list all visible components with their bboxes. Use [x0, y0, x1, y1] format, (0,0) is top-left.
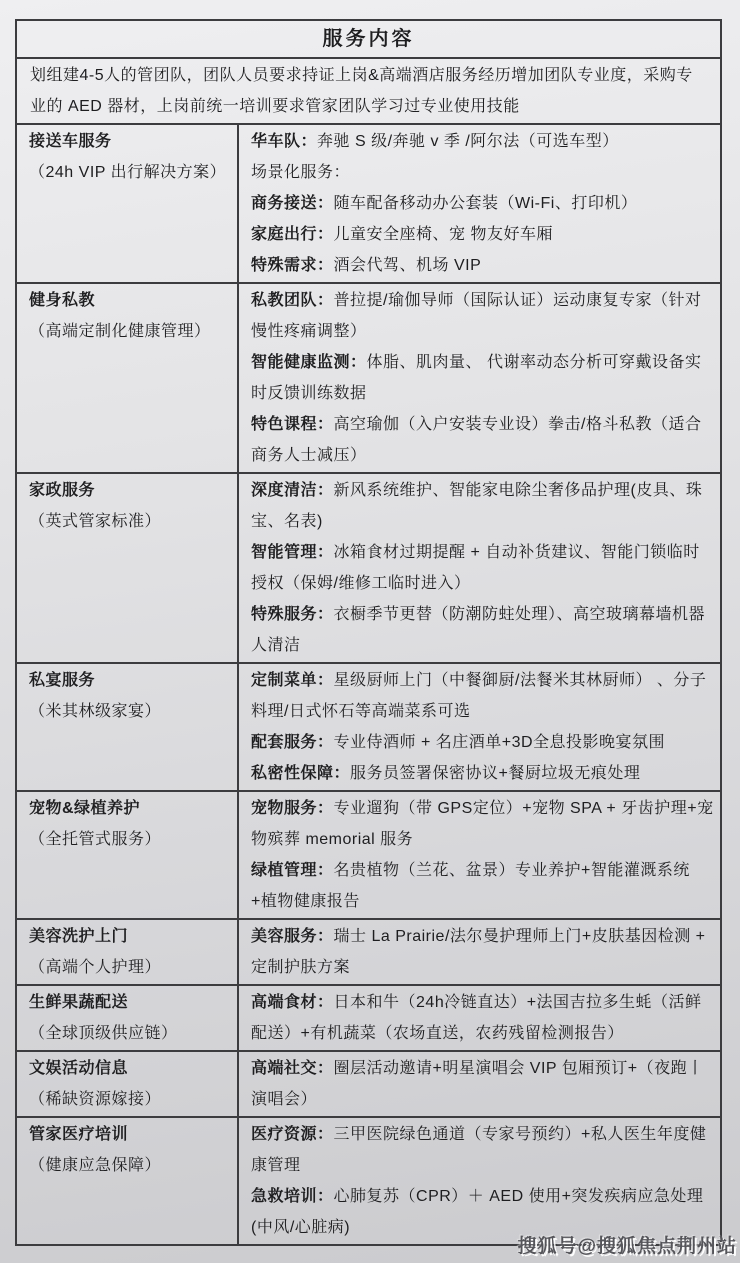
- detail-line: 绿植管理：名贵植物（兰花、盆景）专业养护+智能灌溉系统+植物健康报告: [251, 855, 714, 917]
- category-subtitle: （米其林级家宴）: [29, 696, 229, 727]
- details-cell: 私教团队：普拉提/瑜伽导师（国际认证）运动康复专家（针对慢性疼痛调整） 智能健康…: [239, 284, 720, 472]
- detail-text: 酒会代驾、机场 VIP: [334, 257, 482, 274]
- details-cell: 高端食材：日本和牛（24h冷链直达）+法国吉拉多生蚝（活鲜配送）+有机蔬菜（农场…: [239, 986, 720, 1050]
- detail-label: 智能管理：: [251, 544, 334, 561]
- category-title: 私宴服务: [29, 665, 229, 696]
- details-cell: 美容服务：瑞士 La Prairie/法尔曼护理师上门+皮肤基因检测 + 定制护…: [239, 920, 720, 984]
- category-cell: 管家医疗培训 （健康应急保障）: [17, 1118, 239, 1244]
- detail-label: 急救培训：: [251, 1188, 334, 1205]
- detail-label: 智能健康监测：: [251, 354, 367, 371]
- details-cell: 定制菜单：星级厨师上门（中餐御厨/法餐米其林厨师） 、分子料理/日式怀石等高端菜…: [239, 664, 720, 790]
- detail-line: 高端食材：日本和牛（24h冷链直达）+法国吉拉多生蚝（活鲜配送）+有机蔬菜（农场…: [251, 987, 714, 1049]
- table-row: 健身私教 （高端定制化健康管理） 私教团队：普拉提/瑜伽导师（国际认证）运动康复…: [17, 284, 720, 474]
- category-cell: 生鲜果蔬配送 （全球顶级供应链）: [17, 986, 239, 1050]
- detail-text: 场景化服务：: [251, 164, 350, 181]
- detail-line: 定制菜单：星级厨师上门（中餐御厨/法餐米其林厨师） 、分子料理/日式怀石等高端菜…: [251, 665, 714, 727]
- detail-label: 高端食材：: [251, 994, 334, 1011]
- category-title: 健身私教: [29, 285, 229, 316]
- detail-label: 私密性保障：: [251, 765, 350, 782]
- category-subtitle: （稀缺资源嫁接）: [29, 1084, 229, 1115]
- category-subtitle: （英式管家标准）: [29, 506, 229, 537]
- category-cell: 家政服务 （英式管家标准）: [17, 474, 239, 662]
- detail-label: 医疗资源：: [251, 1126, 334, 1143]
- detail-text: 专业侍酒师 + 名庄酒单+3D全息投影晚宴氛围: [334, 734, 666, 751]
- detail-text: 服务员签署保密协议+餐厨垃圾无痕处理: [350, 765, 640, 782]
- category-title: 接送车服务: [29, 126, 229, 157]
- detail-label: 家庭出行：: [251, 226, 334, 243]
- category-title: 管家医疗培训: [29, 1119, 229, 1150]
- category-subtitle: （全球顶级供应链）: [29, 1018, 229, 1049]
- detail-line: 智能健康监测：体脂、肌肉量、 代谢率动态分析可穿戴设备实时反馈训练数据: [251, 347, 714, 409]
- detail-label: 商务接送：: [251, 195, 334, 212]
- detail-label: 配套服务：: [251, 734, 334, 751]
- detail-label: 定制菜单：: [251, 672, 334, 689]
- details-cell: 高端社交：圈层活动邀请+明星演唱会 VIP 包厢预订+（夜跑丨演唱会）: [239, 1052, 720, 1116]
- details-cell: 深度清洁：新风系统维护、智能家电除尘奢侈品护理(皮具、珠宝、名表) 智能管理：冰…: [239, 474, 720, 662]
- detail-line: 特色课程：高空瑜伽（入户安装专业设）拳击/格斗私教（适合商务人士减压）: [251, 409, 714, 471]
- detail-label: 绿植管理：: [251, 862, 334, 879]
- detail-line: 智能管理：冰箱食材过期提醒 + 自动补货建议、智能门锁临时授权（保姆/维修工临时…: [251, 537, 714, 599]
- detail-label: 美容服务：: [251, 928, 334, 945]
- detail-text: 儿童安全座椅、宠 物友好车厢: [334, 226, 553, 243]
- category-subtitle: （健康应急保障）: [29, 1150, 229, 1181]
- table-row: 美容洗护上门 （高端个人护理） 美容服务：瑞士 La Prairie/法尔曼护理…: [17, 920, 720, 986]
- detail-text: 随车配备移动办公套装（Wi-Fi、打印机）: [334, 195, 638, 212]
- category-title: 生鲜果蔬配送: [29, 987, 229, 1018]
- detail-label: 深度清洁：: [251, 482, 334, 499]
- detail-label: 宠物服务：: [251, 800, 334, 817]
- category-cell: 美容洗护上门 （高端个人护理）: [17, 920, 239, 984]
- category-subtitle: （高端定制化健康管理）: [29, 316, 229, 347]
- category-cell: 接送车服务 （24h VIP 出行解决方案）: [17, 125, 239, 282]
- detail-line: 私教团队：普拉提/瑜伽导师（国际认证）运动康复专家（针对慢性疼痛调整）: [251, 285, 714, 347]
- category-title: 宠物&绿植养护: [29, 793, 229, 824]
- table-row: 文娱活动信息 （稀缺资源嫁接） 高端社交：圈层活动邀请+明星演唱会 VIP 包厢…: [17, 1052, 720, 1118]
- detail-text: 奔驰 S 级/奔驰 v 季 /阿尔法（可选车型）: [317, 133, 619, 150]
- details-cell: 宠物服务：专业遛狗（带 GPS定位）+宠物 SPA + 牙齿护理+宠物殡葬 me…: [239, 792, 720, 918]
- category-title: 美容洗护上门: [29, 921, 229, 952]
- table-body: 接送车服务 （24h VIP 出行解决方案） 华车队：奔驰 S 级/奔驰 v 季…: [17, 125, 720, 1244]
- category-subtitle: （24h VIP 出行解决方案）: [29, 157, 229, 188]
- details-cell: 医疗资源：三甲医院绿色通道（专家号预约）+私人医生年度健康管理 急救培训：心肺复…: [239, 1118, 720, 1244]
- detail-label: 私教团队：: [251, 292, 334, 309]
- table-row: 宠物&绿植养护 （全托管式服务） 宠物服务：专业遛狗（带 GPS定位）+宠物 S…: [17, 792, 720, 920]
- table-row: 家政服务 （英式管家标准） 深度清洁：新风系统维护、智能家电除尘奢侈品护理(皮具…: [17, 474, 720, 664]
- detail-line: 特殊服务：衣橱季节更替（防潮防蛀处理）、高空玻璃幕墙机器人清洁: [251, 599, 714, 661]
- table-row: 生鲜果蔬配送 （全球顶级供应链） 高端食材：日本和牛（24h冷链直达）+法国吉拉…: [17, 986, 720, 1052]
- detail-line: 配套服务：专业侍酒师 + 名庄酒单+3D全息投影晚宴氛围: [251, 727, 714, 758]
- detail-label: 华车队：: [251, 133, 317, 150]
- table-row: 接送车服务 （24h VIP 出行解决方案） 华车队：奔驰 S 级/奔驰 v 季…: [17, 125, 720, 284]
- category-cell: 健身私教 （高端定制化健康管理）: [17, 284, 239, 472]
- detail-line: 家庭出行：儿童安全座椅、宠 物友好车厢: [251, 219, 714, 250]
- category-cell: 私宴服务 （米其林级家宴）: [17, 664, 239, 790]
- category-title: 文娱活动信息: [29, 1053, 229, 1084]
- table-title-row: 服务内容: [17, 21, 720, 59]
- table-row: 管家医疗培训 （健康应急保障） 医疗资源：三甲医院绿色通道（专家号预约）+私人医…: [17, 1118, 720, 1244]
- detail-line: 特殊需求：酒会代驾、机场 VIP: [251, 250, 714, 281]
- service-table: 服务内容 划组建4-5人的管团队，团队人员要求持证上岗&高端酒店服务经历增加团队…: [15, 19, 722, 1246]
- table-intro: 划组建4-5人的管团队，团队人员要求持证上岗&高端酒店服务经历增加团队专业度，采…: [17, 59, 720, 125]
- table-row: 私宴服务 （米其林级家宴） 定制菜单：星级厨师上门（中餐御厨/法餐米其林厨师） …: [17, 664, 720, 792]
- detail-label: 高端社交：: [251, 1060, 334, 1077]
- detail-line: 高端社交：圈层活动邀请+明星演唱会 VIP 包厢预订+（夜跑丨演唱会）: [251, 1053, 714, 1115]
- category-subtitle: （高端个人护理）: [29, 952, 229, 983]
- category-subtitle: （全托管式服务）: [29, 824, 229, 855]
- detail-line: 华车队：奔驰 S 级/奔驰 v 季 /阿尔法（可选车型）: [251, 126, 714, 157]
- detail-line: 深度清洁：新风系统维护、智能家电除尘奢侈品护理(皮具、珠宝、名表): [251, 475, 714, 537]
- detail-line: 宠物服务：专业遛狗（带 GPS定位）+宠物 SPA + 牙齿护理+宠物殡葬 me…: [251, 793, 714, 855]
- detail-line: 医疗资源：三甲医院绿色通道（专家号预约）+私人医生年度健康管理: [251, 1119, 714, 1181]
- page: 服务内容 划组建4-5人的管团队，团队人员要求持证上岗&高端酒店服务经历增加团队…: [0, 0, 740, 1263]
- detail-line: 商务接送：随车配备移动办公套装（Wi-Fi、打印机）: [251, 188, 714, 219]
- detail-line: 美容服务：瑞士 La Prairie/法尔曼护理师上门+皮肤基因检测 + 定制护…: [251, 921, 714, 983]
- detail-line: 场景化服务：: [251, 157, 714, 188]
- category-cell: 文娱活动信息 （稀缺资源嫁接）: [17, 1052, 239, 1116]
- detail-label: 特殊服务：: [251, 606, 334, 623]
- page-title: 服务内容: [323, 28, 415, 50]
- watermark: 搜狐号@搜狐焦点荆州站: [517, 1231, 737, 1258]
- detail-line: 私密性保障：服务员签署保密协议+餐厨垃圾无痕处理: [251, 758, 714, 789]
- detail-label: 特色课程：: [251, 416, 334, 433]
- detail-label: 特殊需求：: [251, 257, 334, 274]
- category-title: 家政服务: [29, 475, 229, 506]
- details-cell: 华车队：奔驰 S 级/奔驰 v 季 /阿尔法（可选车型） 场景化服务： 商务接送…: [239, 125, 720, 282]
- category-cell: 宠物&绿植养护 （全托管式服务）: [17, 792, 239, 918]
